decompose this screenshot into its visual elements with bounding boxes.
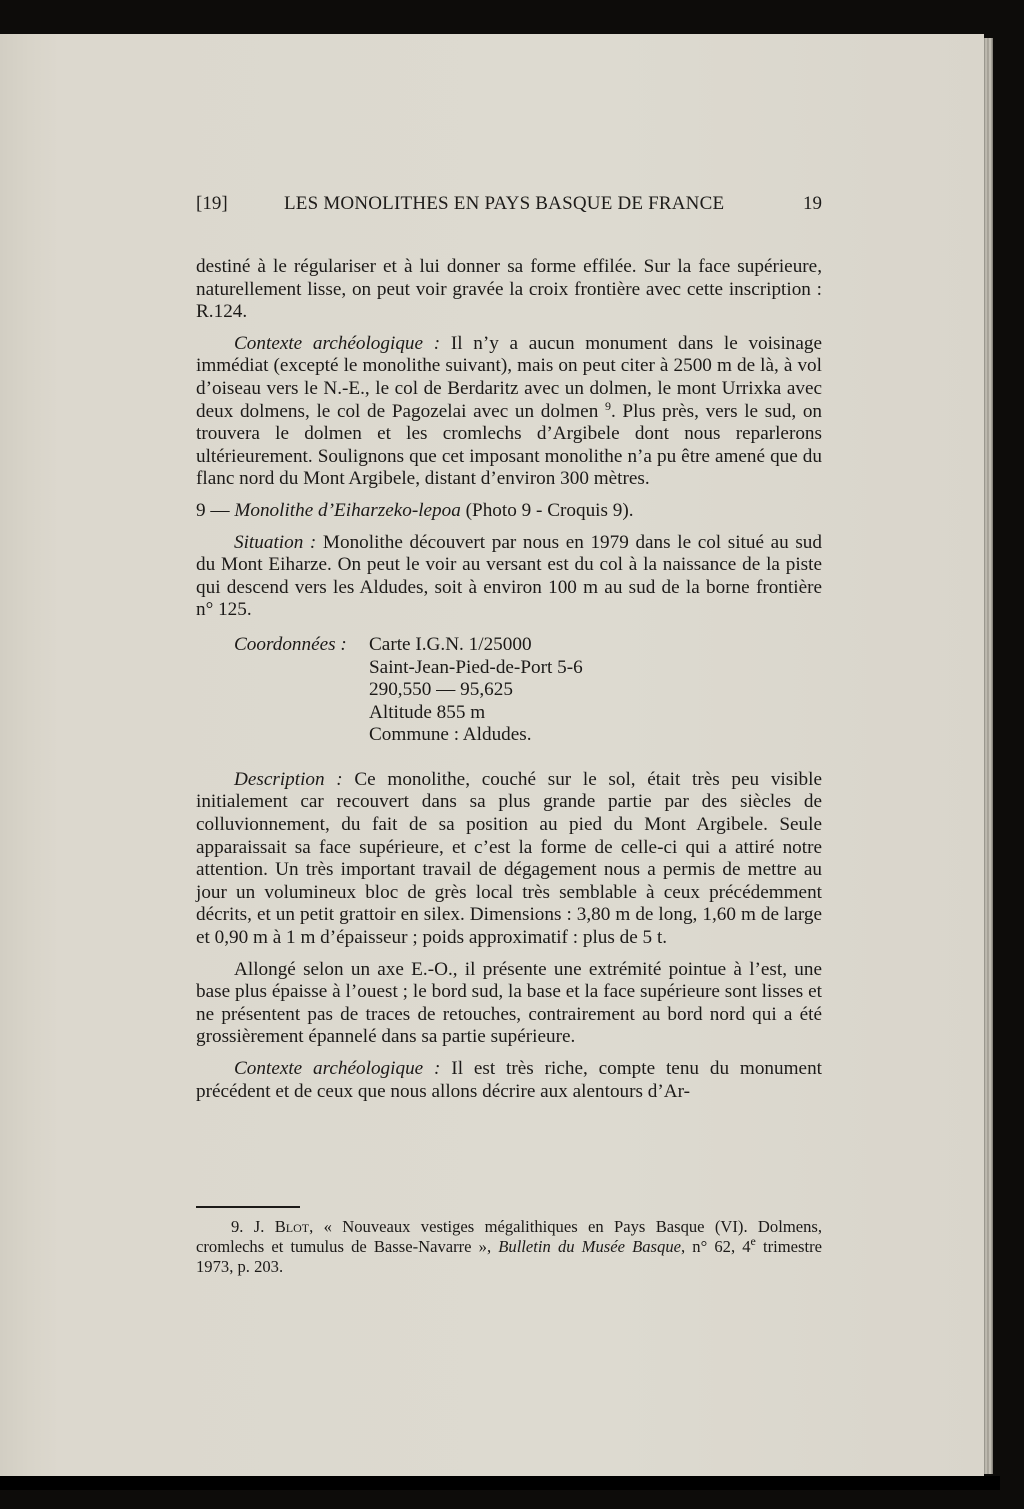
header-section-number: [19]: [196, 193, 228, 215]
coordinates-label: Coordonnées :: [234, 634, 369, 747]
paragraph-context-2: Contexte archéologique : Il est très ric…: [196, 1058, 822, 1103]
coord-line: Altitude 855 m: [369, 702, 583, 725]
footnote-divider: [196, 1206, 300, 1208]
description-text: Ce monolithe, couché sur le sol, était t…: [196, 769, 822, 948]
section-number: 9 —: [196, 500, 234, 521]
footnote-journal: Bulletin du Musée Basque: [498, 1237, 681, 1256]
footnote-number: 9.: [231, 1217, 243, 1236]
paragraph-situation: Situation : Monolithe découvert par nous…: [196, 532, 822, 622]
background-shadow: [0, 1476, 1000, 1490]
main-text: destiné à le régulariser et à lui donner…: [196, 256, 822, 1103]
coordinates-values: Carte I.G.N. 1/25000 Saint-Jean-Pied-de-…: [369, 634, 583, 747]
description-label: Description :: [234, 769, 343, 790]
page-number: 19: [803, 193, 822, 215]
footnote-author: Blot: [275, 1217, 309, 1236]
section-ref: (Photo 9 - Croquis 9).: [461, 500, 634, 521]
coord-line: Saint-Jean-Pied-de-Port 5-6: [369, 657, 583, 680]
section-heading: 9 — Monolithe d’Eiharzeko-lepoa (Photo 9…: [196, 500, 822, 523]
situation-label: Situation :: [234, 532, 316, 553]
coordinates-block: Coordonnées : Carte I.G.N. 1/25000 Saint…: [234, 634, 822, 747]
coord-line: Commune : Aldudes.: [369, 724, 583, 747]
footnote-author-initial: J.: [243, 1217, 274, 1236]
coord-line: Carte I.G.N. 1/25000: [369, 634, 583, 657]
section-title: Monolithe d’Eiharzeko-lepoa: [234, 500, 460, 521]
footnote-9: 9. J. Blot, « Nouveaux vestiges mégalith…: [196, 1217, 822, 1277]
context-label: Contexte archéologique :: [234, 333, 440, 354]
page-stack-edge: [984, 38, 993, 1474]
paragraph-description: Description : Ce monolithe, couché sur l…: [196, 769, 822, 950]
footnote-text-b: , n° 62, 4: [681, 1237, 751, 1256]
context2-label: Contexte archéologique :: [234, 1058, 440, 1079]
header-title: LES MONOLITHES EN PAYS BASQUE DE FRANCE: [284, 193, 724, 215]
paragraph-context-1: Contexte archéologique : Il n’y a aucun …: [196, 333, 822, 491]
paragraph-allonge: Allongé selon un axe E.-O., il présente …: [196, 959, 822, 1049]
running-header: [19] LES MONOLITHES EN PAYS BASQUE DE FR…: [196, 193, 822, 219]
paragraph-continuation: destiné à le régulariser et à lui donner…: [196, 256, 822, 324]
coord-line: 290,550 — 95,625: [369, 679, 583, 702]
